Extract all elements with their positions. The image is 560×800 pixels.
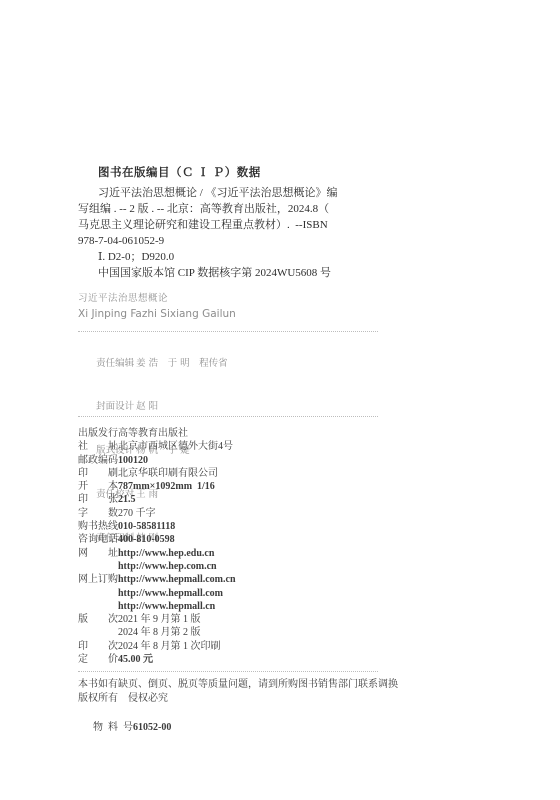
publishing-row: 出版发行高等教育出版社 <box>78 427 236 440</box>
book-title-cn: 习近平法治思想概论 <box>78 293 236 305</box>
credit-row: 封面设计赵 阳 <box>78 386 228 430</box>
cip-line: 马克思主义理论研究和建设工程重点教材）. --ISBN <box>78 217 396 233</box>
credit-row: 责任编辑姜 浩 于 明 程传省 <box>78 342 228 386</box>
publishing-row: http://www.hepmall.cn <box>78 600 236 613</box>
book-copyright-page: 图书在版编目（Ｃ Ｉ Ｐ）数据 习近平法治思想概论 / 《习近平法治思想概论》编… <box>0 0 560 800</box>
publishing-value: 21.5 <box>118 494 136 505</box>
publishing-value: 北京华联印刷有限公司 <box>118 468 218 479</box>
publishing-label: 字数 <box>78 507 118 520</box>
publishing-value: 100120 <box>118 455 148 466</box>
publishing-row: 网上订购http://www.hepmall.com.cn <box>78 573 236 586</box>
publishing-label: 开本 <box>78 480 118 493</box>
publishing-value: 北京市西城区德外大街4号 <box>118 441 233 452</box>
book-title-block: 习近平法治思想概论 Xi Jinping Fazhi Sixiang Gailu… <box>78 293 236 321</box>
publishing-row: 社址北京市西城区德外大街4号 <box>78 440 236 453</box>
publishing-row: 定价45.00 元 <box>78 653 236 666</box>
footer-block: 本书如有缺页、倒页、脱页等质量问题，请到所购图书销售部门联系调换 版权所有 侵权… <box>78 678 398 749</box>
publishing-row: 邮政编码100120 <box>78 454 236 467</box>
cip-header: 图书在版编目（Ｃ Ｉ Ｐ）数据 <box>78 165 396 181</box>
publishing-value: 270 千字 <box>118 508 156 519</box>
cip-line: 习近平法治思想概论 / 《习近平法治思想概论》编 <box>78 185 396 201</box>
publishing-row: 版次2021 年 9 月第 1 版 <box>78 613 236 626</box>
publishing-row: http://www.hep.com.cn <box>78 560 236 573</box>
publishing-label: 版次 <box>78 613 118 626</box>
publishing-value: http://www.hepmall.com <box>118 588 223 599</box>
publishing-value: 高等教育出版社 <box>118 428 188 439</box>
book-title-pinyin: Xi Jinping Fazhi Sixiang Gailun <box>78 307 236 321</box>
material-row: 物料号61052-00 <box>78 707 398 750</box>
material-number: 61052-00 <box>133 722 171 733</box>
publishing-value: 45.00 元 <box>118 654 153 665</box>
quality-notice: 本书如有缺页、倒页、脱页等质量问题，请到所购图书销售部门联系调换 <box>78 678 398 692</box>
publishing-row: 网址http://www.hep.edu.cn <box>78 547 236 560</box>
publishing-value: http://www.hep.com.cn <box>118 561 217 572</box>
publishing-label: 购书热线 <box>78 520 118 533</box>
divider <box>78 416 378 417</box>
publishing-row: http://www.hepmall.com <box>78 587 236 600</box>
cip-line: 中国国家版本馆 CIP 数据核字第 2024WU5608 号 <box>78 265 396 281</box>
publishing-row: 印张21.5 <box>78 493 236 506</box>
credit-label: 封面设计 <box>96 400 136 415</box>
publishing-label: 定价 <box>78 653 118 666</box>
publishing-block: 出版发行高等教育出版社 社址北京市西城区德外大街4号 邮政编码100120 印刷… <box>78 427 236 666</box>
credit-label: 责任编辑 <box>96 357 136 372</box>
cip-line: 978-7-04-061052-9 <box>78 233 396 249</box>
publishing-label: 印刷 <box>78 467 118 480</box>
material-label: 物料号 <box>93 721 133 735</box>
publishing-value: 2024 年 8 月第 2 版 <box>118 627 201 638</box>
publishing-label: 邮政编码 <box>78 454 118 467</box>
cip-line: 写组编 . -- 2 版 . -- 北京：高等教育出版社，2024.8（ <box>78 201 396 217</box>
publishing-label: 网址 <box>78 547 118 560</box>
publishing-row: 开本787mm×1092mm 1/16 <box>78 480 236 493</box>
publishing-label: 出版发行 <box>78 427 118 440</box>
publishing-label: 咨询电话 <box>78 533 118 546</box>
publishing-value: http://www.hepmall.com.cn <box>118 574 236 585</box>
publishing-value: 787mm×1092mm 1/16 <box>118 481 215 492</box>
publishing-row: 字数270 千字 <box>78 507 236 520</box>
divider <box>78 331 378 332</box>
publishing-label: 网上订购 <box>78 573 118 586</box>
publishing-label: 印次 <box>78 640 118 653</box>
publishing-row: 2024 年 8 月第 2 版 <box>78 626 236 639</box>
publishing-row: 购书热线010-58581118 <box>78 520 236 533</box>
publishing-label: 社址 <box>78 440 118 453</box>
cip-line: Ⅰ. D2-0；D920.0 <box>78 249 396 265</box>
copyright-line: 版权所有 侵权必究 <box>78 692 398 706</box>
publishing-row: 咨询电话400-810-0598 <box>78 533 236 546</box>
cip-block: 图书在版编目（Ｃ Ｉ Ｐ）数据 习近平法治思想概论 / 《习近平法治思想概论》编… <box>78 165 396 281</box>
publishing-row: 印刷北京华联印刷有限公司 <box>78 467 236 480</box>
publishing-value: http://www.hep.edu.cn <box>118 548 214 559</box>
publishing-row: 印次2024 年 8 月第 1 次印刷 <box>78 640 236 653</box>
credit-value: 赵 阳 <box>136 401 158 412</box>
publishing-value: http://www.hepmall.cn <box>118 601 215 612</box>
publishing-label: 印张 <box>78 493 118 506</box>
publishing-value: 2021 年 9 月第 1 版 <box>118 614 201 625</box>
divider <box>78 671 378 672</box>
credit-value: 姜 浩 于 明 程传省 <box>136 358 228 369</box>
publishing-value: 010-58581118 <box>118 521 175 532</box>
publishing-value: 2024 年 8 月第 1 次印刷 <box>118 641 221 652</box>
publishing-value: 400-810-0598 <box>118 534 175 545</box>
